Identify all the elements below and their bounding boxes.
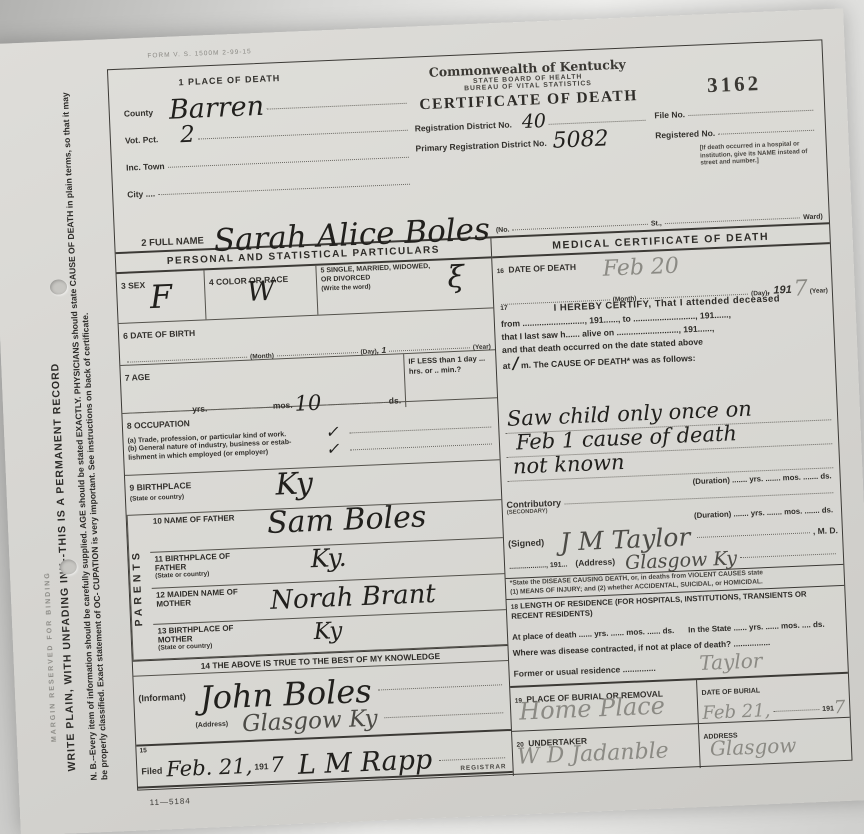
undertaker-address-value: Glasgow — [710, 736, 797, 758]
registrar-signature: L M Rapp — [297, 748, 432, 778]
in-state-line: In the State ...... yrs. ...... mos. ...… — [688, 620, 825, 635]
dod-year-sublabel: (Year) — [810, 287, 828, 295]
marital-value: ξ — [447, 264, 465, 292]
burial-date-value: Feb 21, — [702, 703, 771, 722]
burial-date-cell: DATE OF BURIAL Feb 21, 191 7 — [696, 674, 850, 724]
filed-year-printed: 191 — [254, 761, 269, 772]
item-16-number: 16 — [497, 268, 505, 275]
registered-no-label: Registered No. — [655, 128, 715, 141]
mother-name-label: 12 MAIDEN NAME OF MOTHER — [156, 586, 265, 609]
cause-line-3: not known — [513, 453, 625, 477]
scanned-certificate-photo: MARGIN RESERVED FOR BINDING WRITE PLAIN,… — [0, 0, 864, 834]
primary-registration-label: Primary Registration District No. — [415, 138, 547, 153]
dod-day-sublabel: (Day) — [751, 290, 768, 298]
father-name-value: Sam Boles — [267, 503, 427, 537]
dob-label: 6 DATE OF BIRTH — [123, 328, 195, 341]
birthplace-label: 9 BIRTHPLACE — [129, 480, 191, 493]
md-label: , M. D. — [813, 525, 838, 536]
physician-address-value: Glasgow Ky — [625, 550, 738, 572]
informant-label: (Informant) — [138, 691, 186, 703]
filed-date-value: Feb. 21, — [166, 757, 253, 779]
full-name-label: 2 FULL NAME — [141, 235, 204, 249]
undertaker-cell: 20 UNDERTAKER W D Jadanble — [512, 724, 700, 776]
occupation-label: 8 OCCUPATION — [127, 418, 190, 431]
cause-of-death-block: Saw child only once on Feb 1 cause of de… — [499, 396, 840, 484]
former-residence-value: Taylor — [699, 651, 763, 672]
mother-name-value: Norah Brant — [270, 583, 436, 613]
form-header: 1 PLACE OF DEATH County Barren Vot. Pct.… — [108, 40, 828, 218]
burial-place-value: Home Place — [519, 696, 666, 724]
burial-date-label: DATE OF BURIAL — [701, 687, 760, 696]
registrar-caption: REGISTRAR — [460, 763, 506, 772]
item-18-number: 18 — [511, 604, 519, 611]
signed-year-printed: ..................., 191... — [509, 562, 568, 571]
street-label: St., — [651, 220, 662, 227]
cause-line-2: Feb 1 cause of death — [516, 424, 738, 452]
place-of-death-block: 1 PLACE OF DEATH County Barren Vot. Pct.… — [108, 58, 414, 218]
informant-address-label: (Address) — [195, 720, 228, 728]
race-value: W — [247, 280, 276, 305]
informant-value: John Boles — [199, 677, 372, 713]
date-of-death-value: Feb 20 — [602, 257, 679, 280]
dod-year-value: 7 — [793, 279, 808, 299]
signed-label: (Signed) — [508, 537, 544, 548]
item-15-number: 15 — [139, 747, 147, 754]
punch-hole — [50, 279, 68, 295]
birthplace-value: Ky — [275, 470, 314, 499]
dob-year-prefix: , 1 — [377, 345, 387, 355]
punch-hole — [59, 559, 77, 575]
ward-label: Ward) — [803, 213, 823, 221]
certify-block: 17 I HEREBY CERTIFY, That I attended dec… — [494, 288, 836, 410]
file-number-block: 3162 File No. Registered No. [If death o… — [646, 40, 828, 195]
undertaker-address-cell: ADDRESS Glasgow — [698, 718, 852, 768]
registration-district-value: 40 — [521, 113, 546, 131]
burial-year-value: 7 — [834, 700, 846, 717]
occupation-b-value: ✓ — [326, 442, 340, 457]
form-code: FORM V. S. 1500M 2-99-15 — [147, 48, 252, 59]
date-of-death-label: DATE OF DEATH — [508, 262, 576, 275]
occupation-a-value: ✓ — [325, 425, 339, 440]
personal-particulars-column: PERSONAL AND STATISTICAL PARTICULARS 3 S… — [116, 238, 514, 791]
state-header-block: Commonwealth of Kentucky STATE BOARD OF … — [408, 48, 652, 206]
undertaker-value: W D Jadanble — [517, 741, 669, 767]
sex-label: 3 SEX — [121, 280, 146, 291]
form-stock-number: 11—5184 — [150, 796, 191, 807]
sex-value: F — [149, 282, 172, 312]
medical-certificate-column: MEDICAL CERTIFICATE OF DEATH 16 DATE OF … — [491, 224, 851, 776]
dod-month-sublabel: (Month) — [613, 295, 637, 303]
dod-year-printed: , 191 — [767, 284, 792, 297]
filed-year-value: 7 — [270, 756, 284, 775]
city-label: City .... — [127, 188, 155, 199]
burial-year-printed: 191 — [822, 706, 834, 713]
certificate-paper: MARGIN RESERVED FOR BINDING WRITE PLAIN,… — [0, 8, 864, 834]
burial-row: 19 PLACE OF BURIAL OR REMOVAL Home Place… — [510, 672, 851, 776]
former-residence-label: Former or usual residence .............. — [513, 663, 655, 679]
parents-section: PARENTS 10 NAME OF FATHER Sam Boles 11 B… — [127, 500, 508, 661]
certify-at-mark: ∕ — [512, 353, 519, 372]
father-birthplace-value: Ky. — [310, 547, 347, 571]
certify-line-4: m. The CAUSE OF DEATH* was as follows: — [521, 353, 696, 370]
primary-registration-value: 5082 — [552, 129, 609, 151]
street-no-label: (No. — [496, 227, 510, 235]
mother-birthplace-value: Ky — [313, 621, 343, 643]
burial-place-cell: 19 PLACE OF BURIAL OR REMOVAL Home Place — [510, 680, 698, 732]
certificate-form: FORM V. S. 1500M 2-99-15 1 PLACE OF DEAT… — [107, 39, 853, 790]
file-no-label: File No. — [654, 109, 685, 120]
hospital-note: [If death occurred in a hospital or inst… — [700, 140, 819, 168]
filed-label: Filed — [141, 766, 162, 777]
age-label: 7 AGE — [125, 372, 151, 383]
physician-address-label: (Address) — [575, 557, 615, 569]
registration-district-label: Registration District No. — [414, 119, 512, 133]
certify-at-label: at — [503, 361, 511, 371]
father-name-label: 10 NAME OF FATHER — [153, 512, 261, 526]
